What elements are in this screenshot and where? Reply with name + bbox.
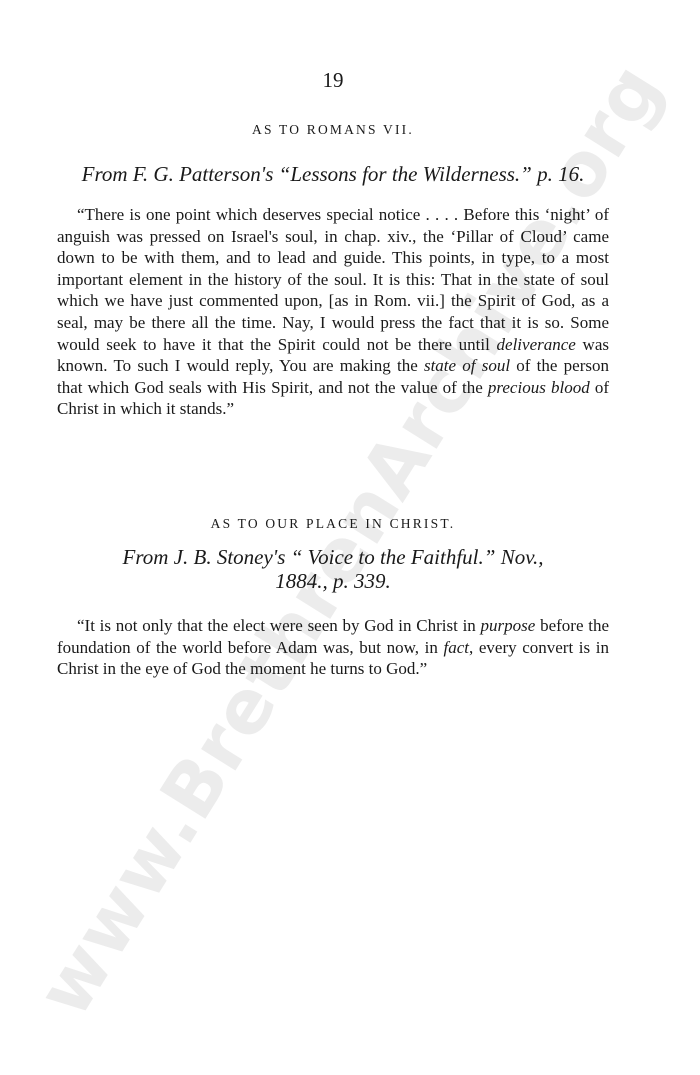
page-number: 19 xyxy=(57,68,609,93)
source-citation-patterson: From F. G. Patterson's “Lessons for the … xyxy=(57,162,609,186)
source-line-1: From J. B. Stoney's “ Voice to the Faith… xyxy=(57,545,609,569)
emphasis-purpose: purpose xyxy=(481,616,536,635)
emphasis-state-of-soul: state of soul xyxy=(424,356,510,375)
section-heading-place-in-christ: AS TO OUR PLACE IN CHRIST. xyxy=(57,516,609,532)
quote-stoney: “It is not only that the elect were seen… xyxy=(57,615,609,680)
emphasis-precious-blood: precious blood xyxy=(488,378,590,397)
quote-paragraph: “It is not only that the elect were seen… xyxy=(57,615,609,680)
quote-text: “There is one point which deserves speci… xyxy=(57,205,609,354)
emphasis-fact: fact xyxy=(443,638,469,657)
section-heading-romans: AS TO ROMANS VII. xyxy=(57,122,609,138)
quote-paragraph: “There is one point which deserves speci… xyxy=(57,204,609,420)
quote-patterson: “There is one point which deserves speci… xyxy=(57,204,609,420)
quote-text: “It is not only that the elect were seen… xyxy=(77,616,481,635)
source-line-2: 1884., p. 339. xyxy=(57,569,609,593)
emphasis-deliverance: deliverance xyxy=(497,335,576,354)
watermark: www.BrethrenArchive.org xyxy=(21,49,679,1031)
source-citation-stoney: From J. B. Stoney's “ Voice to the Faith… xyxy=(57,545,609,593)
